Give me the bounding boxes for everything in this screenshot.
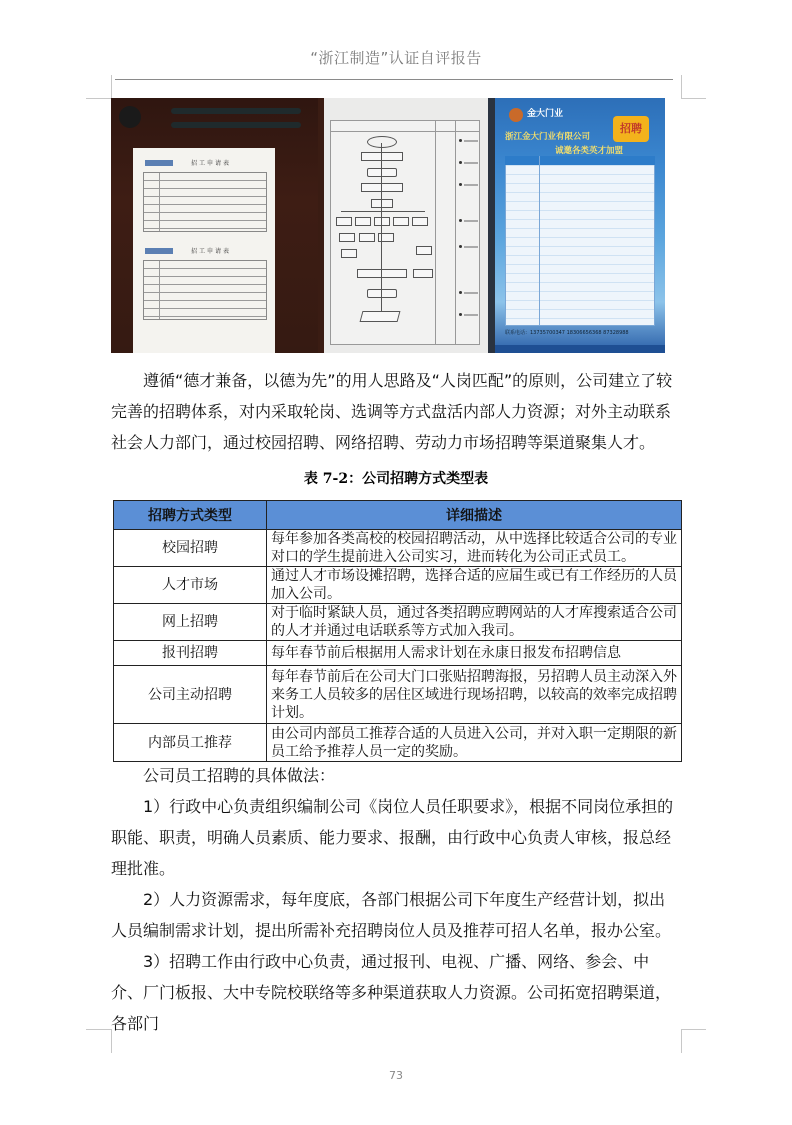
practice-text: 2）人力资源需求，每年度底，各部门根据公司下年度生产经营计划，拟出人员编制需求计…: [111, 890, 671, 940]
crop-mark-top-left-v: [111, 75, 112, 99]
form-title: 招工申请表: [191, 158, 231, 167]
flow-step: [336, 217, 352, 226]
brand-logo-icon: [145, 248, 173, 254]
brand-logo-icon: [145, 160, 173, 166]
poster-badge: 招聘: [613, 116, 649, 142]
table-row: 报刊招聘 每年春节前后根据用人需求计划在永康日报发布招聘信息: [114, 641, 682, 666]
page-header-title: “浙江制造”认证自评报告: [0, 47, 792, 68]
practice-item-2: 2）人力资源需求，每年度底，各部门根据公司下年度生产经营计划，拟出人员编制需求计…: [111, 884, 681, 946]
cell-desc: 通过人才市场设摊招聘，选择合适的应届生或已有工作经历的人员加入公司。: [267, 567, 682, 604]
poster-company: 浙江金大门业有限公司: [505, 130, 590, 142]
cell-desc: 对于临时紧缺人员，通过各类招聘应聘网站的人才库搜索适合公司的人才并通过电话联系等…: [267, 604, 682, 641]
header-type: 招聘方式类型: [114, 501, 267, 530]
poster-brand: 金大门业: [527, 106, 563, 119]
table-row: 校园招聘 每年参加各类高校的校园招聘活动，从中选择比较适合公司的专业对口的学生提…: [114, 530, 682, 567]
flow-step: [339, 233, 355, 242]
flow-step: [341, 249, 357, 258]
cell-type: 公司主动招聘: [114, 666, 267, 724]
flow-step: [412, 217, 428, 226]
poster-table-header: [505, 156, 655, 165]
cell-type: 内部员工推荐: [114, 724, 267, 762]
crop-mark-bottom-left-h: [86, 1029, 111, 1030]
crop-mark-bottom-right-v: [681, 1029, 682, 1053]
flow-end: [360, 311, 401, 322]
cell-type: 校园招聘: [114, 530, 267, 567]
flow-step: [416, 246, 432, 255]
header-desc: 详细描述: [267, 501, 682, 530]
cell-desc: 每年春节前后在公司大门口张贴招聘海报，另招聘人员主动深入外来务工人员较多的居住区…: [267, 666, 682, 724]
form-grid: [143, 172, 267, 232]
page-number: 73: [0, 1069, 792, 1082]
flow-step: [361, 183, 403, 192]
crop-mark-top-left-h: [86, 98, 111, 99]
table-caption: 表 7-2：公司招聘方式类型表: [0, 468, 792, 488]
form-grid: [143, 260, 267, 320]
poster-slogan: 诚邀各类英才加盟: [555, 144, 623, 156]
cell-type: 人才市场: [114, 567, 267, 604]
photo-row: 招工申请表 招工申请表: [111, 98, 665, 353]
practice-item-1: 1）行政中心负责组织编制公司《岗位人员任职要求》，根据不同岗位承担的职能、职责，…: [111, 791, 681, 884]
cell-desc: 由公司内部员工推荐合适的人员进入公司，并对入职一定期限的新员工给予推荐人员一定的…: [267, 724, 682, 762]
cell-type: 网上招聘: [114, 604, 267, 641]
flow-start: [367, 136, 397, 148]
cell-desc: 每年参加各类高校的校园招聘活动，从中选择比较适合公司的专业对口的学生提前进入公司…: [267, 530, 682, 567]
table-row: 内部员工推荐 由公司内部员工推荐合适的人员进入公司，并对入职一定期限的新员工给予…: [114, 724, 682, 762]
flow-step: [371, 199, 393, 208]
flow-divider: [435, 121, 436, 344]
flow-divider: [455, 121, 456, 344]
poster-contact: 联系电话：13735700347 18306656368 87328988: [505, 330, 629, 336]
poster-table: [505, 156, 655, 326]
decor-disk: [119, 106, 141, 128]
practices-intro: 公司员工招聘的具体做法：: [111, 760, 681, 791]
header-rule: [115, 79, 673, 80]
poster-bottom-band: [495, 345, 665, 353]
form-block: 招工申请表: [143, 160, 267, 235]
brand-logo-icon: [509, 108, 523, 122]
practices-intro-text: 公司员工招聘的具体做法：: [143, 766, 335, 785]
flow-decision: [367, 289, 397, 298]
flow-step: [355, 217, 371, 226]
flowchart: [330, 120, 480, 345]
flow-step: [357, 269, 407, 278]
form-title: 招工申请表: [191, 246, 231, 255]
form-sheet: 招工申请表 招工申请表: [133, 148, 275, 353]
table-row: 网上招聘 对于临时紧缺人员，通过各类招聘应聘网站的人才库搜索适合公司的人才并通过…: [114, 604, 682, 641]
cell-type: 报刊招聘: [114, 641, 267, 666]
photo-recruitment-flowchart: [318, 98, 495, 353]
cell-desc: 每年春节前后根据用人需求计划在永康日报发布招聘信息: [267, 641, 682, 666]
crop-mark-bottom-right-h: [681, 1029, 706, 1030]
flow-step: [413, 269, 433, 278]
decor-bar: [171, 122, 301, 128]
practice-text: 1）行政中心负责组织编制公司《岗位人员任职要求》，根据不同岗位承担的职能、职责，…: [111, 797, 673, 878]
form-block: 招工申请表: [143, 248, 267, 323]
flow-decision: [367, 168, 397, 177]
decor-bar: [171, 108, 301, 114]
table-header-row: 招聘方式类型 详细描述: [114, 501, 682, 530]
photo-recruitment-poster: 金大门业 招聘 浙江金大门业有限公司 诚邀各类英才加盟 联系电话：1373570…: [495, 98, 665, 353]
table-row: 人才市场 通过人才市场设摊招聘，选择合适的应届生或已有工作经历的人员加入公司。: [114, 567, 682, 604]
flow-step: [361, 152, 403, 161]
flow-step: [393, 217, 409, 226]
recruitment-methods-table: 招聘方式类型 详细描述 校园招聘 每年参加各类高校的校园招聘活动，从中选择比较适…: [113, 500, 682, 762]
flow-step: [374, 217, 390, 226]
photo-application-form: 招工申请表 招工申请表: [111, 98, 318, 353]
poster-table-divider: [539, 156, 540, 326]
practice-text: 3）招聘工作由行政中心负责，通过报刊、电视、广播、网络、参会、中介、厂门板报、大…: [111, 952, 671, 1033]
practice-item-3: 3）招聘工作由行政中心负责，通过报刊、电视、广播、网络、参会、中介、厂门板报、大…: [111, 946, 681, 1039]
intro-text: 遵循“德才兼备，以德为先”的用人思路及“人岗匹配”的原则，公司建立了较完善的招聘…: [111, 371, 672, 452]
flow-step: [359, 233, 375, 242]
intro-paragraph: 遵循“德才兼备，以德为先”的用人思路及“人岗匹配”的原则，公司建立了较完善的招聘…: [111, 365, 681, 458]
table-row: 公司主动招聘 每年春节前后在公司大门口张贴招聘海报，另招聘人员主动深入外来务工人…: [114, 666, 682, 724]
crop-mark-top-right-v: [681, 75, 682, 99]
crop-mark-top-right-h: [681, 98, 706, 99]
